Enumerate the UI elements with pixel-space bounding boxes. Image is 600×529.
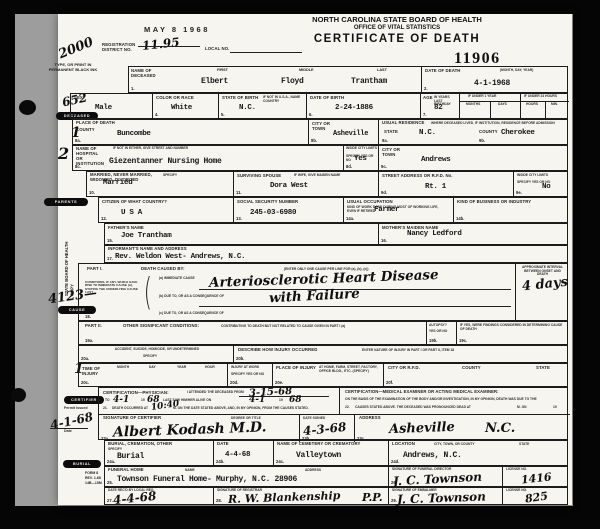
cause-a-label: (a) IMMEDIATE CAUSE xyxy=(159,277,195,281)
informant-item-number: 17. xyxy=(107,256,113,261)
how-injury-item-number: 20b. xyxy=(236,356,244,361)
mother-item-number: 16. xyxy=(381,238,387,243)
hospital-item-number: 8c. xyxy=(75,164,81,169)
marital-sub: SPECIFY xyxy=(163,174,177,178)
findings-item-number: 19c. xyxy=(459,338,467,343)
punch-hole-bottom xyxy=(11,388,26,402)
residence-inside-city-label: INSIDE CITY LIMITS xyxy=(517,174,562,178)
field-autopsy: AUTOPSY? YES OR NO 19b. xyxy=(426,321,457,345)
margin-note-2: 2 xyxy=(58,146,69,162)
min-label: MIN. xyxy=(551,103,558,107)
registration-district-value: 11.95 xyxy=(141,36,180,52)
father-label: FATHER'S NAME xyxy=(108,226,144,231)
spouse-value: Dora West xyxy=(270,183,308,191)
residence-state-item-number: 9a. xyxy=(382,138,388,143)
pod-county-item-number: 8a. xyxy=(75,138,81,143)
field-place-of-death-city: CITY OR TOWN Asheville 8b. xyxy=(308,119,379,145)
date-of-birth-label: DATE OF BIRTH xyxy=(310,96,344,101)
field-registrar-signature: SIGNATURE OF REGISTRAR R. W. Blankenship… xyxy=(213,487,389,505)
marital-value: Married xyxy=(103,180,132,188)
field-mother-name: MOTHER'S MAIDEN NAME Nancy Ledford 16. xyxy=(378,223,568,245)
funeral-director-item-number: 26. xyxy=(391,480,397,485)
field-embalmer-license: LICENSE NO. 825 xyxy=(502,487,568,505)
informant-value: Rev. Weldon West- Andrews, N.C. xyxy=(115,254,245,262)
funeral-director-signature: J. C. Townson xyxy=(393,471,482,488)
father-item-number: 15. xyxy=(107,238,113,243)
certifier-address-label: ADDRESS xyxy=(359,416,381,421)
race-label: COLOR OR RACE xyxy=(156,96,194,101)
hospital-sub: IF NOT IN EITHER, GIVE STREET AND NUMBER xyxy=(113,147,188,151)
place-of-injury-sub: AT HOME, FARM, STREET, FACTORY, OFFICE B… xyxy=(319,366,381,373)
field-cemetery: NAME OF CEMETERY OR CREMATORY Valleytown… xyxy=(273,440,389,466)
disposition-location-sub2: STATE xyxy=(519,443,529,447)
spouse-label: SURVIVING SPOUSE xyxy=(237,174,281,179)
local-no-label: LOCAL NO. xyxy=(205,47,229,52)
residence-sub: WHERE DECEASED LIVED. IF INSTITUTION, RE… xyxy=(431,122,567,126)
state-of-birth-label: STATE OF BIRTH xyxy=(222,96,258,101)
injury-location-item-number: 20f. xyxy=(386,380,393,385)
residence-city-label: CITY OR TOWN xyxy=(382,148,400,158)
certifier-signature-cell: SIGNATURE OF CERTIFIER DEGREE OR TITLE A… xyxy=(99,414,299,442)
cause-b-label: (b) DUE TO, OR AS A CONSEQUENCE OF xyxy=(159,295,224,299)
residence-county-item-number: 9b. xyxy=(479,138,485,143)
disposition-type-value: Burial xyxy=(117,453,144,461)
registration-district-line xyxy=(138,46,200,47)
certificate-sheet: MAY 8 1968 REGISTRATION DISTRICT NO. 11.… xyxy=(58,14,572,505)
residence-county-label: COUNTY xyxy=(479,130,498,135)
part2-conditions-label: OTHER SIGNIFICANT CONDITIONS: xyxy=(123,324,199,329)
cert-examiner-line2c: 19 xyxy=(553,406,557,410)
field-funeral-director-signature: SIGNATURE OF FUNERAL DIRECTOR J. C. Town… xyxy=(388,466,503,487)
part2-item-number: 19a. xyxy=(85,338,93,343)
under-24-hours-label: IF UNDER 24 HOURS xyxy=(524,95,557,99)
part1-label: PART I. xyxy=(87,267,103,272)
part2-note: CONTRIBUTING TO DEATH BUT NOT RELATED TO… xyxy=(221,325,421,329)
citizen-label: CITIZEN OF WHAT COUNTRY? xyxy=(102,200,167,205)
disposition-date-value: 4-4-68 xyxy=(225,452,250,460)
residence-inside-city-sub: SPECIFY YES OR NO xyxy=(517,181,562,185)
field-how-injury-occurred: DESCRIBE HOW INJURY OCCURRED ENTER NATUR… xyxy=(233,345,568,363)
hour-label: HOUR xyxy=(205,366,215,370)
form-heading: NORTH CAROLINA STATE BOARD OF HEALTH OFF… xyxy=(273,15,521,45)
part2-other-conditions: PART II. OTHER SIGNIFICANT CONDITIONS: C… xyxy=(78,321,427,345)
certifier-signature-label: SIGNATURE OF CERTIFIER xyxy=(103,416,161,421)
ssn-value: 245-03-6980 xyxy=(250,210,296,218)
date-received-value: 4-4-68 xyxy=(112,490,156,506)
field-date-received: DATE REC'D BY LOCAL REG. 4-4-68 27. xyxy=(104,487,214,505)
pod-inside-city-label: INSIDE CITY LIMITS xyxy=(346,147,378,151)
embalmer-item-number: 29. xyxy=(391,498,397,503)
saw-year-value: 68 xyxy=(289,396,302,405)
place-of-injury-label: PLACE OF INJURY xyxy=(276,366,316,371)
funeral-home-item-number: 25. xyxy=(107,480,113,485)
interval-a-value: 4 days xyxy=(521,276,568,294)
field-citizen: CITIZEN OF WHAT COUNTRY? U S A 12. xyxy=(98,197,234,223)
office-name: OFFICE OF VITAL STATISTICS xyxy=(273,25,521,31)
pod-county-label: COUNTY xyxy=(76,128,95,133)
citizen-item-number: 12. xyxy=(101,216,107,221)
cemetery-label: NAME OF CEMETERY OR CREMATORY xyxy=(277,442,361,447)
field-place-of-death-county: PLACE OF DEATH COUNTY Buncombe 8a. xyxy=(72,119,309,145)
embalmer-signature: J. C. Townson xyxy=(397,490,486,505)
part2-label: PART II. xyxy=(85,324,102,329)
cause-b-value: with Failure xyxy=(269,288,360,306)
registration-district-label: REGISTRATION DISTRICT NO. xyxy=(102,43,140,53)
how-injury-label: DESCRIBE HOW INJURY OCCURRED xyxy=(238,348,317,353)
pod-city-item-number: 8b. xyxy=(311,138,317,143)
certifier-address-cell: ADDRESS Asheville N.C. 23c. xyxy=(354,414,570,442)
field-autopsy-findings: IF YES, WERE FINDINGS CONSIDERED IN DETE… xyxy=(456,321,568,345)
autopsy-sub: YES OR NO xyxy=(429,330,456,334)
ssn-item-number: 13. xyxy=(236,216,242,221)
punch-hole-top xyxy=(19,100,36,115)
certification-physician: CERTIFICATION—PHYSICIAN: I ATTENDED THE … xyxy=(99,388,340,414)
disposition-location-item-number: 24d. xyxy=(391,459,399,464)
field-if-under-24-hours: IF UNDER 24 HOURS HOURS MIN. xyxy=(520,93,568,119)
how-injury-note: ENTER NATURE OF INJURY IN PART I OR PART… xyxy=(362,349,454,353)
street-label: STREET ADDRESS OR R.F.D. No. xyxy=(382,174,453,179)
local-no-line xyxy=(230,52,302,53)
cemetery-value: Valleytown xyxy=(296,452,341,460)
field-name-of-deceased: NAME OF DECEASED FIRST MIDDLE LAST Elber… xyxy=(128,66,422,93)
age-value: 82 xyxy=(434,105,442,113)
street-item-number: 9d. xyxy=(381,190,387,195)
day-label: DAY xyxy=(149,366,156,370)
to-label: TO xyxy=(105,399,110,403)
registrar-item-number: 28. xyxy=(216,498,222,503)
cert-examiner-line2a: CAUSES STATED ABOVE. THE DECEASED WAS PR… xyxy=(355,406,471,410)
name-label: NAME OF DECEASED xyxy=(131,69,165,79)
sex-label: SEX xyxy=(74,96,83,101)
occupation-value: Farmer xyxy=(374,207,399,215)
field-usual-residence: USUAL RESIDENCE WHERE DECEASED LIVED. IF… xyxy=(378,119,568,145)
registrar-signature: R. W. Blankenship xyxy=(228,490,341,505)
date-of-birth-value: 2-24-1886 xyxy=(335,105,373,113)
race-value: White xyxy=(171,105,192,113)
field-director-license: LICENSE NO. 1416 xyxy=(502,466,568,487)
spouse-sub: IF WIFE, GIVE MAIDEN NAME xyxy=(294,174,340,178)
certification-examiner: CERTIFICATION—MEDICAL EXAMINER OR ACTING… xyxy=(339,388,569,414)
tab-burial: BURIAL xyxy=(63,460,101,468)
spouse-item-number: 11. xyxy=(236,190,242,195)
field-date-of-death: DATE OF DEATH (MONTH, DAY, YEAR) 4-1-196… xyxy=(421,66,568,93)
director-license-value: 1416 xyxy=(521,471,553,485)
certifier-address-value: Asheville xyxy=(389,421,455,436)
residence-inside-city-item-number: 9e. xyxy=(516,190,522,195)
field-hospital: NAME OF HOSPITAL OR INSTITUTION IF NOT I… xyxy=(72,145,344,171)
field-injury-location: CITY OR R.F.D. COUNTY STATE 20f. xyxy=(383,363,568,387)
field-disposition-type: BURIAL, CREMATION, OTHER SPECIFY Burial … xyxy=(104,440,214,466)
occurred-item-number: 21. xyxy=(103,407,108,411)
place-of-injury-item-number: 20e. xyxy=(275,380,283,385)
age-label: AGE xyxy=(423,96,433,101)
citizen-value: U S A xyxy=(121,210,142,218)
pod-city-label: CITY OR TOWN xyxy=(312,122,330,132)
time-of-injury-label: TIME OF INJURY xyxy=(82,367,106,377)
print-instruction: TYPE, OR PRINT IN PERMANENT BLACK INK xyxy=(45,62,101,72)
field-race: COLOR OR RACE White 4. xyxy=(152,93,219,119)
embalmer-license-value: 825 xyxy=(524,490,548,504)
field-accident-type: ACCIDENT, SUICIDE, HOMICIDE, OR UNDETERM… xyxy=(78,345,234,363)
field-if-under-one-year: IF UNDER 1 YEAR MONTHS DAYS xyxy=(459,93,521,119)
residence-state-label: STATE xyxy=(384,130,398,135)
scan-edge-right xyxy=(573,0,600,529)
cause-b-line xyxy=(199,306,511,307)
residence-state-value: N.C. xyxy=(419,130,436,138)
autopsy-label: AUTOPSY? xyxy=(429,324,456,328)
field-father-name: FATHER'S NAME Joe Trantham 15. xyxy=(104,223,379,245)
funeral-home-label: FUNERAL HOME xyxy=(108,468,144,473)
field-street-address: STREET ADDRESS OR R.F.D. No. Rt. 1 9d. xyxy=(378,171,514,197)
pod-inside-city-item-number: 8d. xyxy=(346,164,352,169)
months-label: MONTHS xyxy=(466,103,480,107)
cert-examiner-line2b: M. ON xyxy=(517,406,527,410)
saw-year-prefix: 19 xyxy=(279,399,283,403)
date-received-item-number: 27. xyxy=(107,498,113,503)
name-last-value: Trantham xyxy=(351,78,387,86)
industry-item-number: 14b. xyxy=(456,216,464,221)
field-informant: INFORMANT'S NAME AND ADDRESS Rev. Weldon… xyxy=(104,245,568,263)
name-item-number: 1. xyxy=(131,86,135,91)
to-year-prefix: 19 xyxy=(141,399,145,403)
attended-from-label: I ATTENDED THE DECEASED FROM xyxy=(187,391,244,395)
occurred-label: DEATH OCCURRED AT xyxy=(112,407,148,411)
field-pod-inside-city-limits: INSIDE CITY LIMITS SPECIFY YES OR NO Yes… xyxy=(343,145,379,171)
field-age: AGE IN YEARS LAST BIRTHDAY 82 7. xyxy=(420,93,460,119)
industry-label: KIND OF BUSINESS OR INDUSTRY xyxy=(457,200,531,205)
place-of-death-label: PLACE OF DEATH xyxy=(76,121,115,126)
field-state-of-birth: STATE OF BIRTH IF NOT IN U.S.A., NAME CO… xyxy=(218,93,307,119)
date-signed-label: DATE SIGNED xyxy=(303,417,325,421)
hours-label: HOURS xyxy=(526,103,538,107)
accident-sub: SPECIFY xyxy=(143,355,157,359)
field-sex: SEX Male 3. xyxy=(70,93,153,119)
scan-edge-left xyxy=(0,0,15,529)
certifier-signature-value: Albert Kodash M.D. xyxy=(113,420,267,439)
disposition-location-label: LOCATION xyxy=(392,442,415,447)
tab-parents: PARENTS xyxy=(44,198,88,206)
registrar-pp-note: P.P. xyxy=(362,492,383,503)
accident-item-number: 20a. xyxy=(81,356,89,361)
race-item-number: 4. xyxy=(155,112,159,117)
to-value: 4-1 xyxy=(113,396,129,405)
scan-edge-top xyxy=(0,0,600,14)
autopsy-item-number: 19b. xyxy=(429,338,437,343)
director-license-label: LICENSE NO. xyxy=(506,468,527,472)
residence-city-item-number: 9c. xyxy=(381,164,387,169)
days-label: DAYS xyxy=(498,103,507,107)
field-surviving-spouse: SURVIVING SPOUSE IF WIFE, GIVE MAIDEN NA… xyxy=(233,171,379,197)
residence-inside-city-value: No xyxy=(542,184,550,192)
month-label: MONTH xyxy=(117,366,129,370)
sex-item-number: 3. xyxy=(73,112,77,117)
field-occupation: USUAL OCCUPATION KIND OF WORK DONE DURIN… xyxy=(343,197,454,223)
sex-value: Male xyxy=(95,105,112,113)
conditions-note: CONDITIONS, IF ANY, WHICH GAVE RISE TO I… xyxy=(85,281,143,295)
pod-county-value: Buncombe xyxy=(117,131,151,139)
ssn-label: SOCIAL SECURITY NUMBER xyxy=(237,200,298,205)
name-middle-value: Floyd xyxy=(281,78,304,86)
certification-block: CERTIFICATION—PHYSICIAN: I ATTENDED THE … xyxy=(98,387,568,440)
occurred-rest: M. ON THE DATE STATED ABOVE, AND, IN MY … xyxy=(173,407,335,411)
received-stamp: MAY 8 1968 xyxy=(144,25,210,34)
field-date-of-birth: DATE OF BIRTH 2-24-1886 6. xyxy=(306,93,421,119)
conditions-brace: ( xyxy=(144,271,152,315)
name-last-label: LAST xyxy=(377,68,387,72)
field-disposition-location: LOCATION CITY, TOWN, OR COUNTY STATE And… xyxy=(388,440,568,466)
injury-at-work-label: INJURY AT WORK xyxy=(231,366,271,370)
state-of-birth-item-number: 5. xyxy=(221,112,225,117)
age-item-number: 7. xyxy=(423,112,427,117)
year-label: YEAR xyxy=(177,366,186,370)
time-of-injury-item-number: 20c. xyxy=(81,380,89,385)
mother-value: Nancy Ledford xyxy=(407,231,462,239)
pod-inside-city-value: Yes xyxy=(354,156,367,164)
part1-cause-of-death: PART I. DEATH CAUSED BY: (ENTER ONLY ONE… xyxy=(78,263,568,321)
form-number-block: FORM 8 REV. 1-68 14B—15M xyxy=(85,471,102,486)
street-value: Rt. 1 xyxy=(425,184,446,192)
injury-city-label: CITY OR R.F.D. xyxy=(388,366,420,371)
injury-at-work-item-number: 20d. xyxy=(230,380,238,385)
injury-at-work-sub: SPECIFY YES OR NO xyxy=(231,373,271,377)
findings-label: IF YES, WERE FINDINGS CONSIDERED IN DETE… xyxy=(460,324,564,331)
name-first-value: Elbert xyxy=(201,78,228,86)
scanned-death-certificate: MAY 8 1968 REGISTRATION DISTRICT NO. 11.… xyxy=(0,0,600,529)
part1-item-number: 18. xyxy=(85,314,91,319)
date-of-death-value: 4-1-1968 xyxy=(474,80,510,88)
funeral-home-sub2: ADDRESS xyxy=(305,469,321,473)
field-residence-city: CITY OR TOWN Andrews 9c. xyxy=(378,145,568,171)
cert-examiner-item-number: 22. xyxy=(345,406,350,410)
date-of-birth-item-number: 6. xyxy=(309,112,313,117)
field-time-of-injury: TIME OF INJURY MONTH DAY YEAR HOUR 20c. xyxy=(78,363,228,387)
marital-item-number: 10. xyxy=(89,190,95,195)
field-place-of-injury: PLACE OF INJURY AT HOME, FARM, STREET, F… xyxy=(272,363,384,387)
date-of-death-sub: (MONTH, DAY, YEAR) xyxy=(500,69,533,73)
name-first-label: FIRST xyxy=(217,68,228,72)
name-middle-label: MIDDLE xyxy=(299,68,314,72)
disposition-date-item-number: 24b. xyxy=(216,459,224,464)
field-disposition-date: DATE 4-4-68 24b. xyxy=(213,440,274,466)
pod-city-value: Asheville xyxy=(333,131,368,138)
under-one-year-col-divider xyxy=(490,101,491,120)
cause-c-label: (c) DUE TO, OR AS A CONSEQUENCE OF xyxy=(159,312,224,316)
certifier-address-value2: N.C. xyxy=(485,422,515,435)
father-value: Joe Trantham xyxy=(121,233,171,241)
funeral-home-sub1: NAME xyxy=(185,469,195,473)
cert-examiner-title: CERTIFICATION—MEDICAL EXAMINER OR ACTING… xyxy=(345,390,499,395)
cert-examiner-line1: ON THE BASIS OF THE EXAMINATION OF THE B… xyxy=(345,398,565,402)
injury-state-label: STATE xyxy=(536,366,550,371)
state-of-birth-sub: IF NOT IN U.S.A., NAME COUNTRY xyxy=(263,96,305,103)
injury-county-label: COUNTY xyxy=(462,366,481,371)
field-marital-status: MARRIED, NEVER MARRIED, WIDOWED, DIVORCE… xyxy=(86,171,234,197)
disposition-type-item-number: 24a. xyxy=(107,459,115,464)
residence-city-value: Andrews xyxy=(421,157,450,165)
disposition-date-label: DATE xyxy=(217,442,229,447)
funeral-home-value: Townson Funeral Home- Murphy, N.C. 28906 xyxy=(117,476,297,484)
accident-label: ACCIDENT, SUICIDE, HOMICIDE, OR UNDETERM… xyxy=(87,348,227,352)
under-one-year-label: IF UNDER 1 YEAR xyxy=(468,95,496,99)
form-stock: 14B—15M xyxy=(85,481,102,486)
agency-name: NORTH CAROLINA STATE BOARD OF HEALTH xyxy=(273,15,521,24)
date-signed-value: 4-3-68 xyxy=(302,421,346,437)
last-saw-value: 4-1 xyxy=(249,396,265,405)
permit-date-caption: Date xyxy=(64,430,72,434)
residence-county-value: Cherokee xyxy=(501,130,535,138)
hospital-value: Giezentanner Nursing Home xyxy=(109,158,222,166)
field-residence-inside-city-limits: INSIDE CITY LIMITS SPECIFY YES OR NO No … xyxy=(513,171,568,197)
date-of-death-label: DATE OF DEATH xyxy=(425,69,461,74)
copy-designation: STATE BOARD OF HEALTH COPY xyxy=(64,232,75,296)
field-industry: KIND OF BUSINESS OR INDUSTRY 14b. xyxy=(453,197,568,223)
margin-note-2000: 2000 xyxy=(57,36,95,62)
page-title: CERTIFICATE OF DEATH xyxy=(273,33,521,45)
date-of-death-item-number: 2. xyxy=(424,86,428,91)
field-embalmer-signature: SIGNATURE OF EMBALMER J. C. Townson 29. xyxy=(388,487,503,505)
informant-label: INFORMANT'S NAME AND ADDRESS xyxy=(108,247,187,252)
field-funeral-home: FUNERAL HOME NAME ADDRESS Townson Funera… xyxy=(104,466,389,487)
date-signed-cell: DATE SIGNED 4-3-68 23b. xyxy=(299,414,355,442)
field-injury-at-work: INJURY AT WORK SPECIFY YES OR NO 20d. xyxy=(227,363,273,387)
scan-edge-bottom xyxy=(0,506,600,529)
disposition-location-sub1: CITY, TOWN, OR COUNTY xyxy=(434,443,475,447)
interval-column: APPROXIMATE INTERVAL BETWEEN ONSET AND D… xyxy=(515,264,569,320)
state-of-birth-value: N.C. xyxy=(239,105,256,113)
under-24-hours-col-divider xyxy=(545,101,546,120)
disposition-location-value: Andrews, N.C. xyxy=(403,452,462,460)
residence-label: USUAL RESIDENCE xyxy=(382,121,425,126)
cemetery-item-number: 24c. xyxy=(276,459,284,464)
field-ssn: SOCIAL SECURITY NUMBER 245-03-6980 13. xyxy=(233,197,344,223)
occupation-item-number: 14a. xyxy=(346,216,354,221)
